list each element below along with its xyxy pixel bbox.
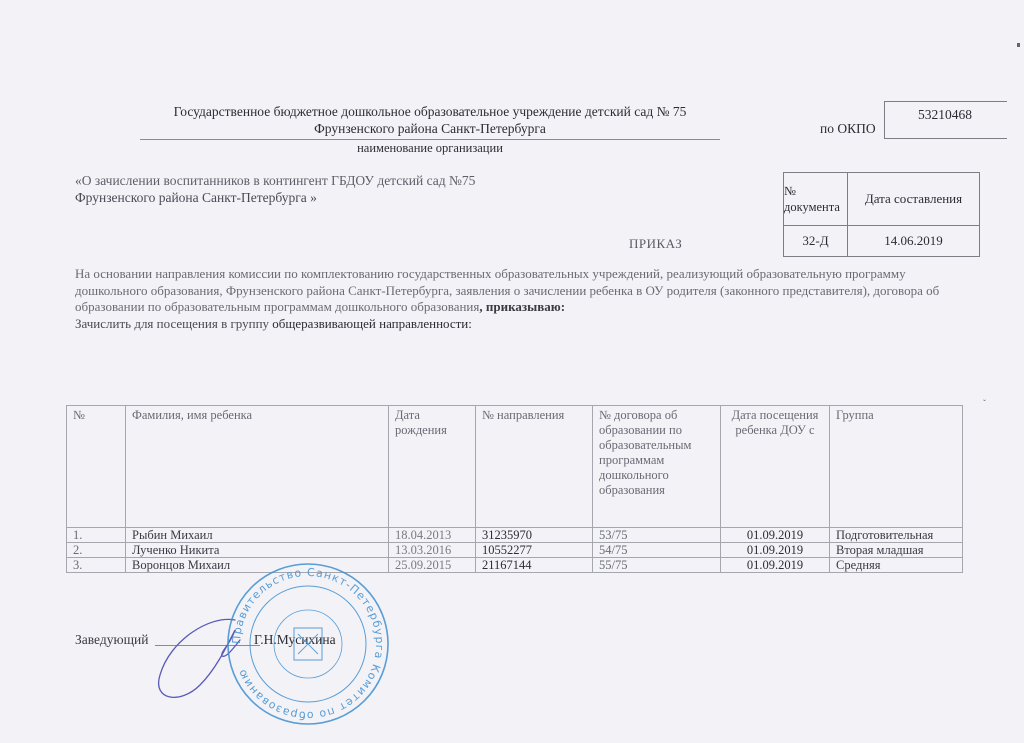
order-subject-line1: «О зачислении воспитанников в контингент… [75,173,475,189]
okpo-label: по ОКПО [820,121,876,137]
document-title: ПРИКАЗ [629,236,682,252]
header-number: № [67,406,126,528]
group-name: Средняя [830,558,963,573]
start-date: 01.09.2019 [721,558,830,573]
child-name: Рыбин Михаил [126,528,389,543]
organization-caption: наименование организации [130,141,730,156]
contract-number: 53/75 [593,528,721,543]
table-row: 1. Рыбин Михаил 18.04.2013 31235970 53/7… [67,528,963,543]
referral-number: 10552277 [476,543,593,558]
row-number: 1. [67,528,126,543]
enrollment-group-type: общеразвивающей направленности: [272,316,472,331]
row-number: 3. [67,558,126,573]
start-date: 01.09.2019 [721,543,830,558]
table-row: 3. Воронцов Михаил 25.09.2015 21167144 5… [67,558,963,573]
contract-number: 54/75 [593,543,721,558]
organization-underline [140,139,720,140]
document-info-table: № документа Дата составления 32-Д 14.06.… [783,172,980,257]
start-date: 01.09.2019 [721,528,830,543]
row-number: 2. [67,543,126,558]
table-header-row: № Фамилия, имя ребенка Дата рождения № н… [67,406,963,528]
preamble-command: , приказываю: [479,299,565,314]
contract-number: 55/75 [593,558,721,573]
group-name: Подготовительная [830,528,963,543]
signature-line [155,645,260,646]
organization-name-line1: Государственное бюджетное дошкольное обр… [130,104,730,120]
child-name: Лученко Никита [126,543,389,558]
order-subject-line2: Фрунзенского района Санкт-Петербурга » [75,190,317,206]
handwritten-signature [140,600,260,710]
header-child-name: Фамилия, имя ребенка [126,406,389,528]
order-preamble: На основании направления комиссии по ком… [75,266,980,316]
referral-number: 21167144 [476,558,593,573]
header-birth-date: Дата рождения [389,406,476,528]
referral-number: 31235970 [476,528,593,543]
signer-name: Г.Н.Мусихина [254,632,336,648]
signer-position: Заведующий [75,632,148,648]
organization-name-line2: Фрунзенского района Санкт-Петербурга [130,121,730,137]
birth-date: 25.09.2015 [389,558,476,573]
scan-mark: ˇ [983,398,986,408]
birth-date: 18.04.2013 [389,528,476,543]
enrollment-table: № Фамилия, имя ребенка Дата рождения № н… [66,405,963,573]
table-row: 2. Лученко Никита 13.03.2016 10552277 54… [67,543,963,558]
birth-date: 13.03.2016 [389,543,476,558]
child-name: Воронцов Михаил [126,558,389,573]
group-name: Вторая младшая [830,543,963,558]
header-contract-number: № договора об образовании по образовател… [593,406,721,528]
document-date-value: 14.06.2019 [848,226,980,257]
header-referral-number: № направления [476,406,593,528]
enrollment-text: Зачислить для посещения в группу [75,316,272,331]
document-number-value: 32-Д [784,226,848,257]
header-start-date: Дата посещения ребенка ДОУ с [721,406,830,528]
scan-speck [1017,43,1020,47]
scanned-order-page: Государственное бюджетное дошкольное обр… [0,0,1024,743]
okpo-value: 53210468 [884,107,1006,123]
enrollment-statement: Зачислить для посещения в группу общераз… [75,316,472,332]
header-group: Группа [830,406,963,528]
document-number-header: № документа [784,173,848,226]
document-date-header: Дата составления [848,173,980,226]
